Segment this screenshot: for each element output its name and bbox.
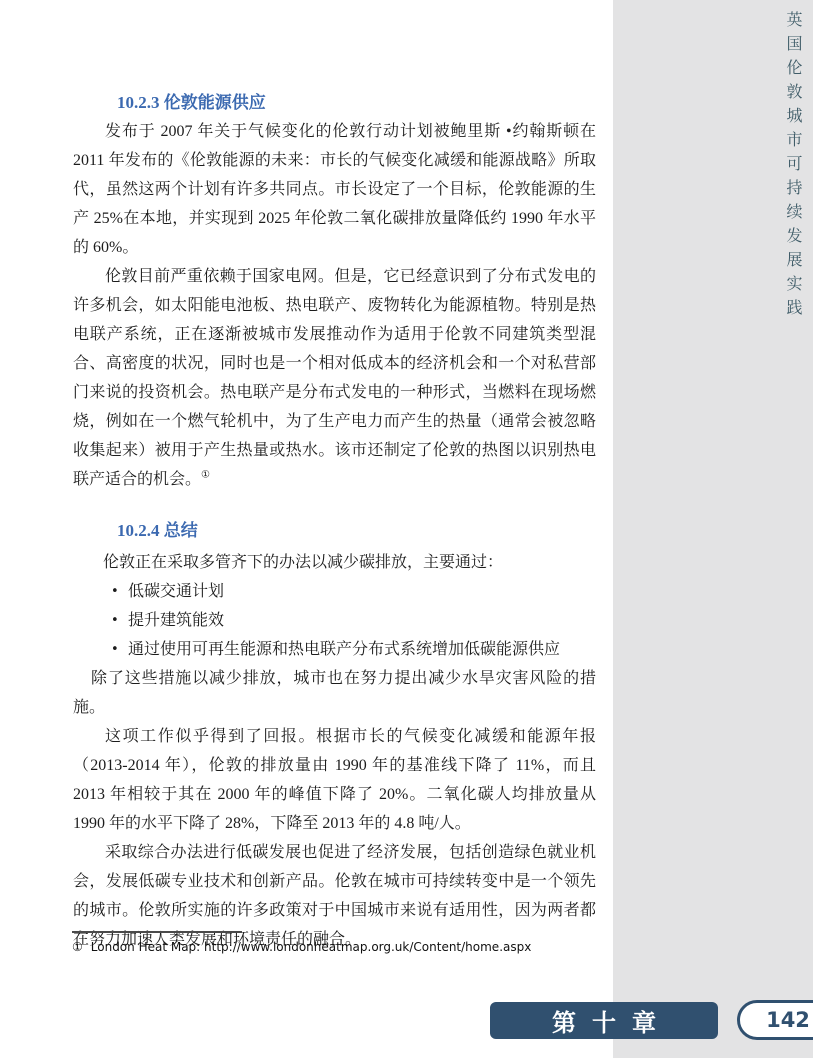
paragraph-emission-results: 这项工作似乎得到了回报。根据市长的气候变化减缓和能源年报（2013-2014 年… <box>73 722 596 838</box>
bullet-icon: • <box>111 606 119 635</box>
footnote-text-row: ①London Heat Map: http://www.londonheatm… <box>72 940 592 954</box>
bullet-icon: • <box>111 635 119 664</box>
paragraph-distributed-generation-text: 伦敦目前严重依赖于国家电网。但是，它已经意识到了分布式发电的许多机会，如太阳能电… <box>73 268 596 488</box>
footnote-text: London Heat Map: http://www.londonheatma… <box>91 940 532 954</box>
paragraph-after-list: 除了这些措施以减少排放，城市也在努力提出减少水旱灾害风险的措施。 <box>73 664 596 722</box>
list-intro-text: 伦敦正在采取多管齐下的办法以减少碳排放，主要通过： <box>73 548 596 577</box>
list-item: • 提升建筑能效 <box>73 606 596 635</box>
sidebar-vertical-title: 英国伦敦城市可持续发展实践 <box>781 11 804 323</box>
page-number-badge: 142 <box>737 1000 813 1040</box>
list-item-label: 低碳交通计划 <box>128 583 224 600</box>
section-heading-energy-supply: 10.2.3 伦敦能源供应 <box>117 88 596 117</box>
paragraph-distributed-generation: 伦敦目前严重依赖于国家电网。但是，它已经意识到了分布式发电的许多机会，如太阳能电… <box>73 262 596 494</box>
list-item-label: 提升建筑能效 <box>128 612 224 629</box>
footnote-reference-mark: ① <box>201 470 210 481</box>
book-page: 英国伦敦城市可持续发展实践 10.2.3 伦敦能源供应 发布于 2007 年关于… <box>0 0 813 1058</box>
list-item: • 通过使用可再生能源和热电联产分布式系统增加低碳能源供应 <box>73 635 596 664</box>
bullet-icon: • <box>111 577 119 606</box>
main-text-column: 10.2.3 伦敦能源供应 发布于 2007 年关于气候变化的伦敦行动计划被鲍里… <box>73 88 596 954</box>
section-heading-summary: 10.2.4 总结 <box>117 516 596 545</box>
footnote-marker: ① <box>72 940 83 954</box>
footnote: ①London Heat Map: http://www.londonheatm… <box>72 931 592 954</box>
list-item: • 低碳交通计划 <box>73 577 596 606</box>
paragraph-energy-plan: 发布于 2007 年关于气候变化的伦敦行动计划被鲍里斯 •约翰斯顿在 2011 … <box>73 117 596 262</box>
list-item-label: 通过使用可再生能源和热电联产分布式系统增加低碳能源供应 <box>128 641 560 658</box>
chapter-tab: 第十章 <box>490 1002 718 1039</box>
footnote-divider <box>72 931 242 933</box>
